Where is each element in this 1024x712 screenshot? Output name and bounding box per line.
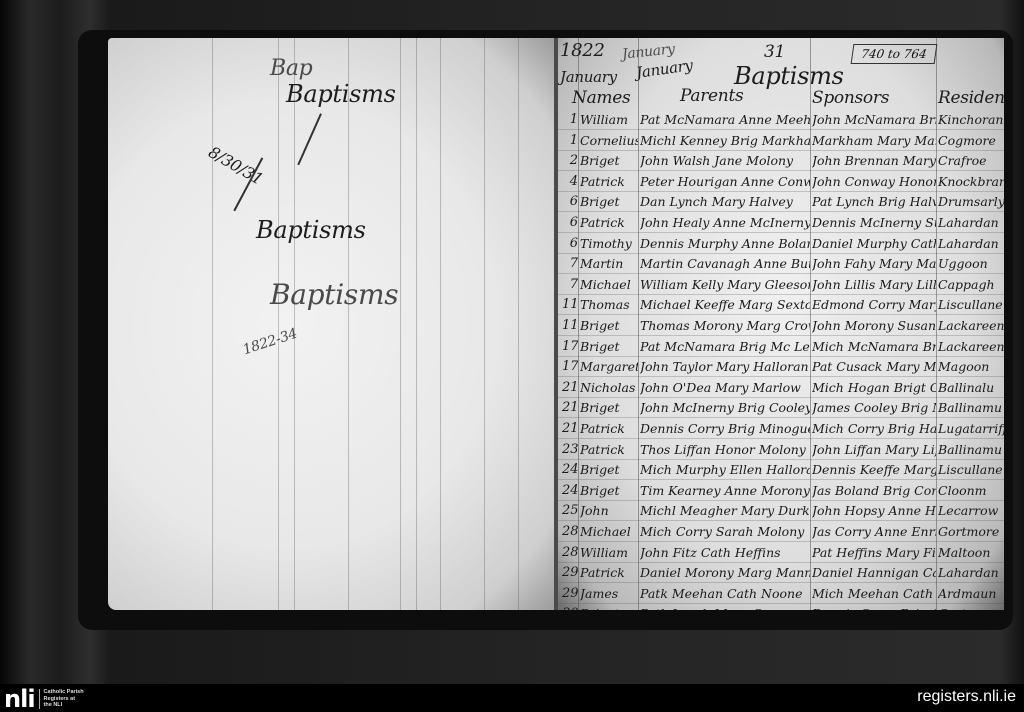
entry-day: 4 [562, 174, 578, 189]
table-row: 23PatrickThos Liffan Honor MolonyJohn Li… [558, 440, 1004, 460]
entry-parents: Dennis Murphy Anne Boland [640, 236, 810, 251]
entry-day: 7 [562, 277, 578, 292]
entry-residence: Uggoon [938, 256, 1004, 271]
register-title: Baptisms [734, 62, 844, 90]
entry-residence: Lugatarriff [938, 421, 1004, 436]
entry-residence: Lecarrow [938, 503, 1004, 518]
entry-day: 30 [562, 606, 578, 610]
entry-day: 21 [562, 400, 578, 415]
entry-sponsors: John Conway Honor Hartney [812, 174, 936, 189]
entry-parents: Michael Keeffe Marg Sexton [640, 297, 810, 312]
entry-parents: Michl Kenney Brig Markham [640, 133, 810, 148]
entry-name: Michael [580, 524, 638, 539]
table-row: 29JamesPatk Meehan Cath NooneMich Meehan… [558, 584, 1004, 604]
entry-name: Briget [580, 606, 638, 610]
entry-sponsors: Jas Corry Anne Enright [812, 524, 936, 539]
entry-residence: Gortmore [938, 606, 1004, 610]
entry-name: Briget [580, 194, 638, 209]
entry-day: 6 [562, 236, 578, 251]
table-row: 21PatrickDennis Corry Brig MinogueMich C… [558, 419, 1004, 439]
entry-parents: Tim Kearney Anne Morony [640, 483, 810, 498]
table-row: 6TimothyDennis Murphy Anne BolandDaniel … [558, 234, 1004, 254]
entry-sponsors: Pat Heffins Mary Fitz [812, 545, 936, 560]
reference-range-box: 740 to 764 [851, 44, 938, 64]
entry-name: Patrick [580, 442, 638, 457]
entry-day: 17 [562, 359, 578, 374]
entry-residence: Lackareen [938, 318, 1004, 333]
entry-sponsors: Mich Hogan Brigt O'Dea [812, 380, 936, 395]
entry-name: Briget [580, 400, 638, 415]
entry-residence: Drumsarly [938, 194, 1004, 209]
entry-parents: Michl Meagher Mary Durkan [640, 503, 810, 518]
entry-name: Margaret [580, 359, 638, 374]
entry-parents: John Fitz Cath Heffins [640, 545, 810, 560]
note-baptisms-top: Baptisms [286, 80, 396, 108]
entry-residence: Magoon [938, 359, 1004, 374]
entry-sponsors: John Liffan Mary Liffan [812, 442, 936, 457]
entry-day: 6 [562, 215, 578, 230]
entry-sponsors: Daniel Hannigan Cath Morony [812, 565, 936, 580]
entry-sponsors: Dennis Keeffe Marg Halloran [812, 462, 936, 477]
entry-day: 21 [562, 421, 578, 436]
entry-day: 1 [562, 112, 578, 127]
entry-residence: Cappagh [938, 277, 1004, 292]
table-row: 28MichaelMich Corry Sarah MolonyJas Corr… [558, 522, 1004, 542]
entry-day: 2 [562, 153, 578, 168]
entry-sponsors: Dennis McInerny Susanna Hogan [812, 215, 936, 230]
entry-name: Patrick [580, 174, 638, 189]
month-margin: January [560, 68, 617, 86]
entry-name: William [580, 545, 638, 560]
site-url-link[interactable]: registers.nli.ie [917, 688, 1016, 706]
entry-sponsors: John Morony Susanna Rowan [812, 318, 936, 333]
entry-day: 29 [562, 565, 578, 580]
entry-parents: Dan Lynch Mary Halvey [640, 194, 810, 209]
footer-bar: nli Catholic Parish Registers at the NLI… [0, 684, 1024, 712]
note-baptisms-lower: Baptisms [270, 278, 398, 311]
entry-name: Timothy [580, 236, 638, 251]
table-row: 4PatrickPeter Hourigan Anne ConwayJohn C… [558, 172, 1004, 192]
entry-parents: John O'Dea Mary Marlow [640, 380, 810, 395]
entry-residence: Lahardan [938, 236, 1004, 251]
table-row: 28WilliamJohn Fitz Cath HeffinsPat Heffi… [558, 543, 1004, 563]
table-row: 21BrigetJohn McInerny Brig CooleyJames C… [558, 398, 1004, 418]
note-baptisms-mid: Baptisms [256, 216, 366, 244]
table-row: 21NicholasJohn O'Dea Mary MarlowMich Hog… [558, 378, 1004, 398]
entry-residence: Cogmore [938, 133, 1004, 148]
entry-parents: William Kelly Mary Gleeson [640, 277, 810, 292]
table-row: 2BrigetJohn Walsh Jane MolonyJohn Brenna… [558, 151, 1004, 171]
column-header-sponsors: Sponsors [812, 88, 889, 108]
entry-residence: Lackareen [938, 339, 1004, 354]
column-header-parents: Parents [680, 86, 743, 106]
table-row: 17MargaretJohn Taylor Mary HalloranPat C… [558, 357, 1004, 377]
entry-parents: John Walsh Jane Molony [640, 153, 810, 168]
table-row: 25JohnMichl Meagher Mary DurkanJohn Hops… [558, 501, 1004, 521]
entry-residence: Liscullane [938, 462, 1004, 477]
table-row: 11BrigetThomas Morony Marg CrowleyJohn M… [558, 316, 1004, 336]
logo-divider [39, 689, 40, 709]
table-row: 6PatrickJohn Healy Anne McInernyDennis M… [558, 213, 1004, 233]
entry-day: 28 [562, 545, 578, 560]
table-row: 29PatrickDaniel Morony Marg ManningDanie… [558, 563, 1004, 583]
entry-name: Briget [580, 483, 638, 498]
entry-name: James [580, 586, 638, 601]
entry-name: Briget [580, 462, 638, 477]
entry-parents: Thos Liffan Honor Molony [640, 442, 810, 457]
entry-day: 21 [562, 380, 578, 395]
entry-name: Cornelius [580, 133, 638, 148]
table-row: 7MichaelWilliam Kelly Mary GleesonJohn L… [558, 275, 1004, 295]
entry-day: 11 [562, 297, 578, 312]
table-row: 30BrigetPatk Lynch Marg CorryDennis Corr… [558, 604, 1004, 610]
entry-parents: Patk Lynch Marg Corry [640, 606, 810, 610]
entry-sponsors: Pat Cusack Mary Morony [812, 359, 936, 374]
entry-residence: Kinchoranla [938, 112, 1004, 127]
register-year: 1822 [560, 40, 605, 61]
entry-name: William [580, 112, 638, 127]
entry-sponsors: Mich Corry Brig Halloran [812, 421, 936, 436]
entry-name: Briget [580, 153, 638, 168]
entry-sponsors: John Fahy Mary MacInerny [812, 256, 936, 271]
table-row: 1WilliamPat McNamara Anne MeehanJohn McN… [558, 110, 1004, 130]
table-row: 24BrigetMich Murphy Ellen HalloranDennis… [558, 460, 1004, 480]
entry-residence: Liscullane [938, 297, 1004, 312]
entry-residence: Cloonm [938, 483, 1004, 498]
entry-parents: John McInerny Brig Cooley [640, 400, 810, 415]
entry-name: Thomas [580, 297, 638, 312]
entry-residence: Ballinalu [938, 380, 1004, 395]
entry-name: Patrick [580, 421, 638, 436]
entry-residence: Ballinamu [938, 400, 1004, 415]
entry-residence: Lahardan [938, 215, 1004, 230]
entry-residence: Ardmaun [938, 586, 1004, 601]
entry-residence: Knockbrandy [938, 174, 1004, 189]
note-bap: Bap [270, 56, 312, 81]
entry-day: 24 [562, 462, 578, 477]
entry-parents: Thomas Morony Marg Crowley [640, 318, 810, 333]
entry-residence: Ballinamu [938, 442, 1004, 457]
entry-sponsors: John Lillis Mary Lillis [812, 277, 936, 292]
entry-day: 24 [562, 483, 578, 498]
column-header-names: Names [572, 88, 630, 108]
table-row: 6BrigetDan Lynch Mary HalveyPat Lynch Br… [558, 192, 1004, 212]
entry-sponsors: Mich Meehan Cath Noone [812, 586, 936, 601]
entry-parents: Peter Hourigan Anne Conway [640, 174, 810, 189]
logo-caption: Catholic Parish Registers at the NLI [44, 689, 84, 709]
entry-name: Michael [580, 277, 638, 292]
entry-parents: Mich Murphy Ellen Halloran [640, 462, 810, 477]
column-header-residence: Residence [938, 88, 1004, 108]
entry-sponsors: Mich McNamara Brig McNamara [812, 339, 936, 354]
entry-day: 7 [562, 256, 578, 271]
nli-logo-mark: nli [4, 688, 35, 710]
entry-residence: Gortmore [938, 524, 1004, 539]
entry-parents: Dennis Corry Brig Minogue [640, 421, 810, 436]
entry-day: 17 [562, 339, 578, 354]
entry-sponsors: James Cooley Brig McInerny [812, 400, 936, 415]
entry-parents: John Taylor Mary Halloran [640, 359, 810, 374]
entry-day: 29 [562, 586, 578, 601]
entry-sponsors: Daniel Murphy Catherine Murphy [812, 236, 936, 251]
entry-parents: Pat McNamara Brig Mc Leg [640, 339, 810, 354]
entry-sponsors: Jas Boland Brig Cornellan [812, 483, 936, 498]
left-page: Bap Baptisms 8/30/31 Baptisms Baptisms 1… [108, 38, 556, 610]
entry-parents: John Healy Anne McInerny [640, 215, 810, 230]
table-row: 7MartinMartin Cavanagh Anne ButlerJohn F… [558, 254, 1004, 274]
entry-residence: Crafroe [938, 153, 1004, 168]
entry-day: 23 [562, 442, 578, 457]
table-row: 11ThomasMichael Keeffe Marg SextonEdmond… [558, 295, 1004, 315]
right-page: 1822 January January January 31 740 to 7… [558, 38, 1004, 610]
table-row: 1CorneliusMichl Kenney Brig MarkhamMarkh… [558, 131, 1004, 151]
entry-parents: Mich Corry Sarah Molony [640, 524, 810, 539]
entry-name: Patrick [580, 565, 638, 580]
entry-day: 28 [562, 524, 578, 539]
table-row: 24BrigetTim Kearney Anne MoronyJas Bolan… [558, 481, 1004, 501]
note-year-range: 1822-34 [241, 326, 299, 359]
entry-parents: Martin Cavanagh Anne Butler [640, 256, 810, 271]
entry-residence: Maltoon [938, 545, 1004, 560]
nli-logo[interactable]: nli Catholic Parish Registers at the NLI [4, 688, 84, 710]
entry-day: 1 [562, 133, 578, 148]
entry-name: Briget [580, 318, 638, 333]
entry-sponsors: John McNamara Brig Cusack [812, 112, 936, 127]
folio-number: 31 [764, 42, 785, 62]
entry-day: 25 [562, 503, 578, 518]
entry-name: Briget [580, 339, 638, 354]
entry-name: John [580, 503, 638, 518]
entry-name: Patrick [580, 215, 638, 230]
entry-name: Nicholas [580, 380, 638, 395]
entry-parents: Daniel Morony Marg Manning [640, 565, 810, 580]
entry-day: 11 [562, 318, 578, 333]
table-row: 17BrigetPat McNamara Brig Mc LegMich McN… [558, 337, 1004, 357]
entry-parents: Patk Meehan Cath Noone [640, 586, 810, 601]
entry-sponsors: Pat Lynch Brig Halvey [812, 194, 936, 209]
entry-day: 6 [562, 194, 578, 209]
entry-name: Martin [580, 256, 638, 271]
entry-sponsors: Markham Mary Markham [812, 133, 936, 148]
entry-sponsors: Dennis Corry Brig Cunningham [812, 606, 936, 610]
entry-residence: Lahardan [938, 565, 1004, 580]
scanned-register-image: Bap Baptisms 8/30/31 Baptisms Baptisms 1… [0, 0, 1024, 684]
entry-sponsors: Edmond Corry Mary Cleary [812, 297, 936, 312]
entry-sponsors: John Brennan Mary Walsh [812, 153, 936, 168]
entry-sponsors: John Hopsy Anne Hopsy [812, 503, 936, 518]
entry-parents: Pat McNamara Anne Meehan [640, 112, 810, 127]
